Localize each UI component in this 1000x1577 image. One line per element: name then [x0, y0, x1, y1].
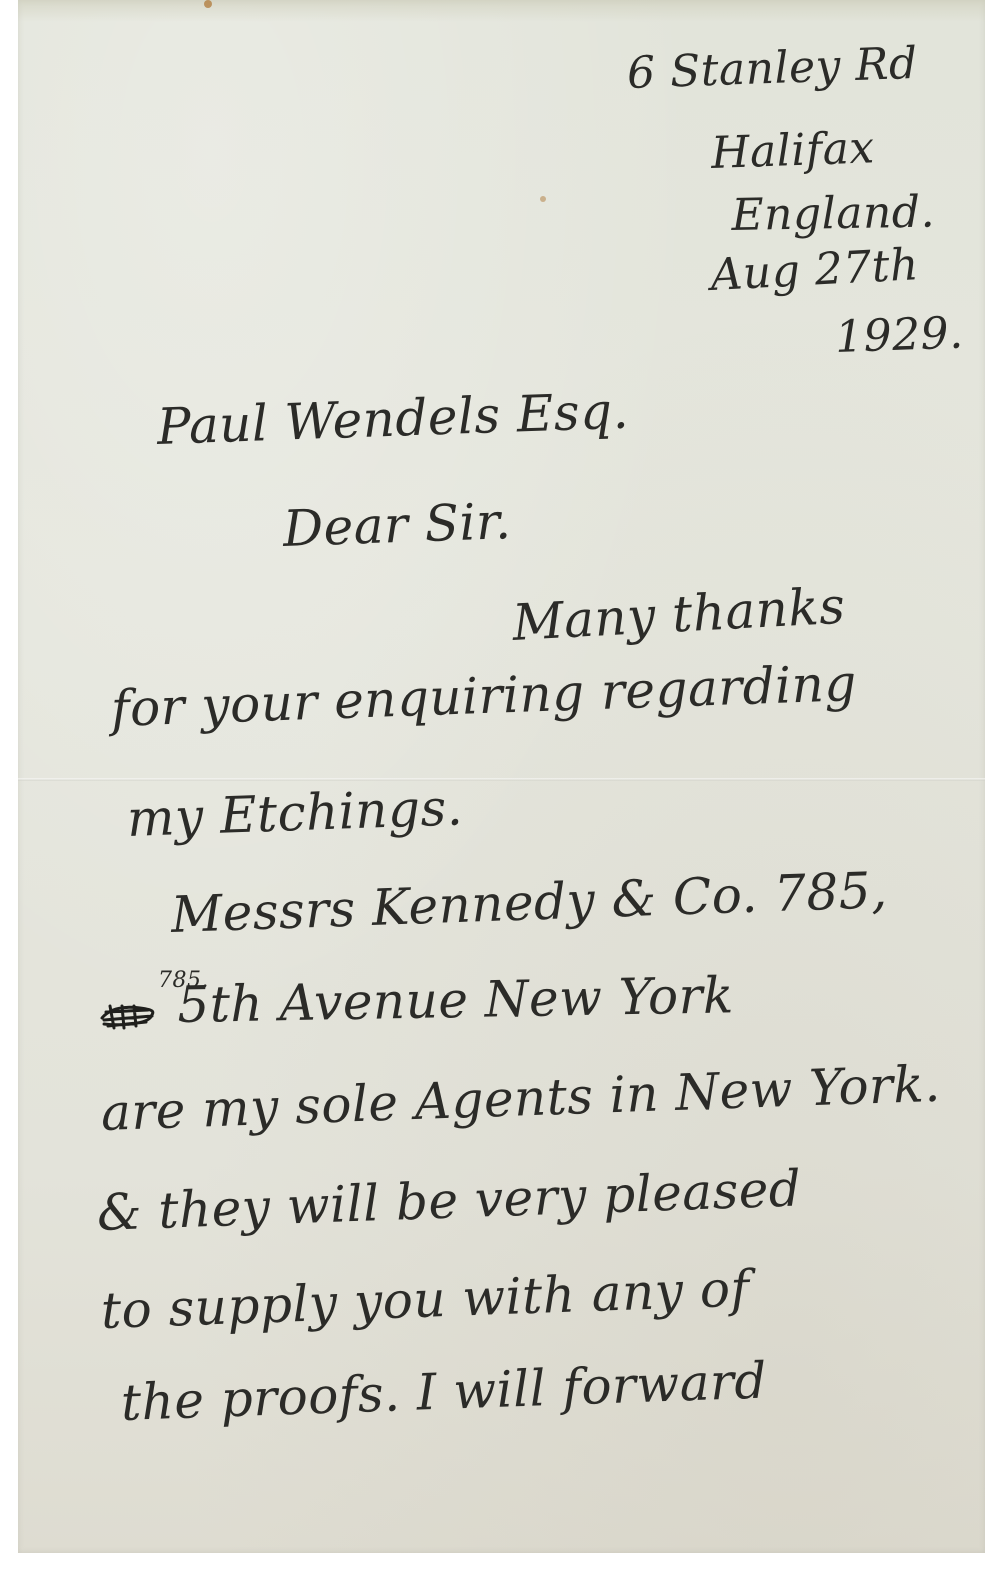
rust-spot — [204, 0, 212, 8]
struck-out-number — [100, 1000, 158, 1030]
date-line-year: 1929. — [834, 308, 964, 363]
paper-stain — [18, 0, 985, 22]
date-line-day: Aug 27th — [709, 239, 920, 301]
address-line-street: 6 Stanley Rd — [626, 38, 918, 99]
rust-spot — [540, 196, 546, 202]
address-line-country: England. — [731, 186, 935, 241]
letter-line: my Etchings. — [126, 778, 464, 848]
salutation: Dear Sir. — [282, 492, 512, 558]
fold-crease — [18, 778, 985, 781]
letter-line: 5th Avenue New York — [177, 966, 734, 1034]
address-line-city: Halifax — [710, 122, 875, 179]
